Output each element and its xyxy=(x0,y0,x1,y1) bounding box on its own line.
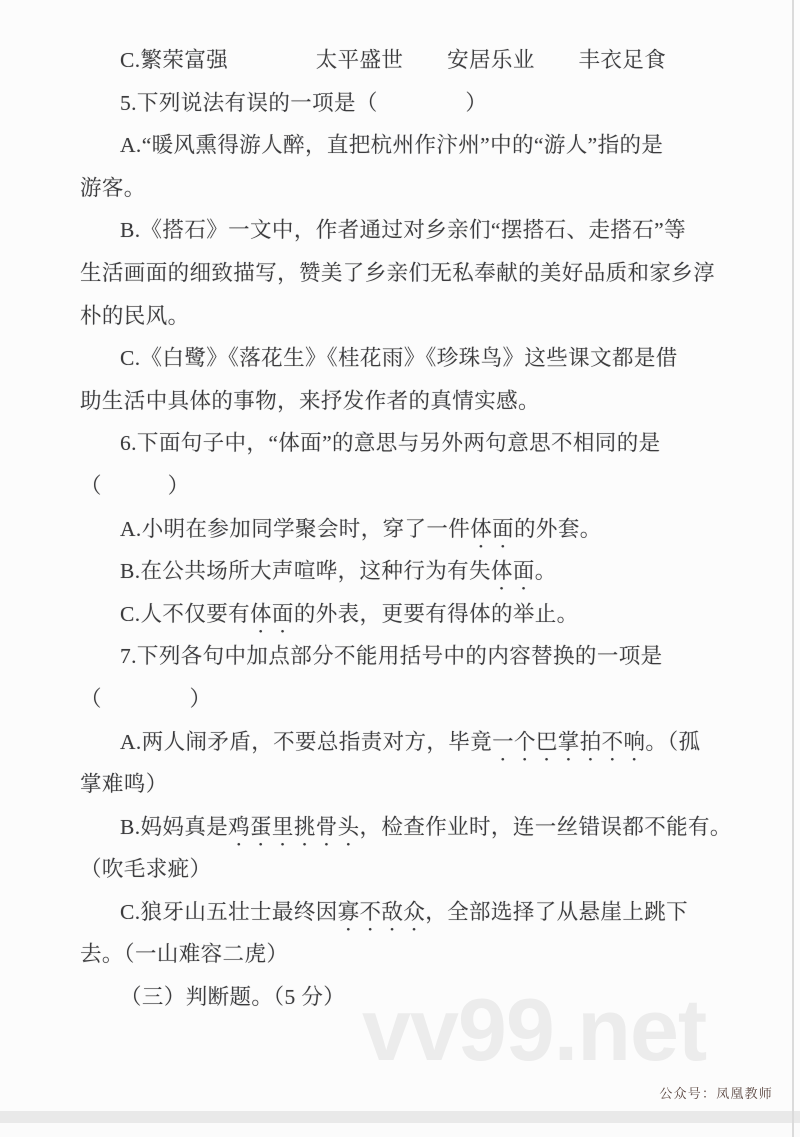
text-segment: 去。（一山难容二虎） xyxy=(80,942,288,966)
text-segment: C.狼牙山五壮士最终因 xyxy=(120,900,338,924)
page-gap-band xyxy=(0,1111,800,1123)
emphasized-text: 鸡蛋里挑骨头 xyxy=(228,815,359,839)
emphasized-text: 寡不敌众 xyxy=(338,900,426,924)
text-line: A.小明在参加同学聚会时，穿了一件体面的外套。 xyxy=(80,508,720,551)
document-lines: C.繁荣富强 太平盛世 安居乐业 丰衣足食5.下列说法有误的一项是（ ）A.“暖… xyxy=(80,39,720,1019)
text-segment: 。 xyxy=(535,559,557,583)
text-segment: A.两人闹矛盾，不要总指责对方，毕竟 xyxy=(120,730,492,754)
text-segment: （ ） xyxy=(80,687,211,711)
text-line: （三）判断题。（5 分） xyxy=(80,976,720,1019)
text-segment: 6.下面句子中，“体面”的意思与另外两句意思不相同的是 xyxy=(120,431,661,455)
text-segment: A.小明在参加同学聚会时，穿了一件 xyxy=(120,517,470,541)
text-segment: （吹毛求疵） xyxy=(80,857,211,881)
text-segment: B.《搭石》一文中，作者通过对乡亲们“摆搭石、走搭石”等 xyxy=(120,218,686,242)
text-segment: 生活画面的细致描写，赞美了乡亲们无私奉献的美好品质和家乡淳 xyxy=(80,261,715,285)
text-line: 游客。 xyxy=(80,167,720,210)
scanned-exam-page: vv99.net C.繁荣富强 太平盛世 安居乐业 丰衣足食5.下列说法有误的一… xyxy=(0,0,800,1137)
text-segment: （三）判断题。（5 分） xyxy=(120,985,345,1009)
text-segment: B.在公共场所大声喧哗，这种行为有失 xyxy=(120,559,491,583)
wechat-account-label: 公众号：凤凰教师 xyxy=(659,1083,773,1102)
text-segment: C.繁荣富强 太平盛世 安居乐业 丰衣足食 xyxy=(120,48,666,72)
text-line: A.两人闹矛盾，不要总指责对方，毕竟一个巴掌拍不响。（孤 xyxy=(80,721,720,764)
text-line: B.《搭石》一文中，作者通过对乡亲们“摆搭石、走搭石”等 xyxy=(80,209,720,252)
text-segment: 的外套。 xyxy=(514,517,602,541)
scan-page-edge-line xyxy=(792,0,794,1137)
next-page-edge xyxy=(0,1123,800,1137)
text-segment: 朴的民风。 xyxy=(80,304,190,328)
emphasized-text: 体面 xyxy=(250,602,294,626)
text-segment: （ ） xyxy=(80,474,190,498)
text-segment: ，检查作业时，连一丝错误都不能有。 xyxy=(360,815,732,839)
text-line: 7.下列各句中加点部分不能用括号中的内容替换的一项是 xyxy=(80,635,720,678)
emphasized-text: 体面 xyxy=(470,517,514,541)
text-line: A.“暖风熏得游人醉，直把杭州作汴州”中的“游人”指的是 xyxy=(80,124,720,167)
text-line: （ ） xyxy=(80,678,720,721)
text-segment: 的外表，更要有得体的举止。 xyxy=(294,602,579,626)
text-segment: 游客。 xyxy=(80,176,146,200)
text-segment: 掌难鸣） xyxy=(80,772,168,796)
text-line: 生活画面的细致描写，赞美了乡亲们无私奉献的美好品质和家乡淳 xyxy=(80,252,720,295)
text-segment: 。（孤 xyxy=(645,730,700,754)
text-segment: 7.下列各句中加点部分不能用括号中的内容替换的一项是 xyxy=(120,644,663,668)
text-line: B.在公共场所大声喧哗，这种行为有失体面。 xyxy=(80,550,720,593)
text-segment: A.“暖风熏得游人醉，直把杭州作汴州”中的“游人”指的是 xyxy=(120,133,663,157)
emphasized-text: 一个巴掌拍不响 xyxy=(492,730,645,754)
emphasized-text: 体面 xyxy=(491,559,535,583)
text-line: C.狼牙山五壮士最终因寡不敌众，全部选择了从悬崖上跳下 xyxy=(80,891,720,934)
text-line: C.人不仅要有体面的外表，更要有得体的举止。 xyxy=(80,593,720,636)
text-segment: C.《白鹭》《落花生》《桂花雨》《珍珠鸟》这些课文都是借 xyxy=(120,346,678,370)
text-line: 6.下面句子中，“体面”的意思与另外两句意思不相同的是 xyxy=(80,422,720,465)
text-segment: C.人不仅要有 xyxy=(120,602,250,626)
text-line: 掌难鸣） xyxy=(80,763,720,806)
text-line: 5.下列说法有误的一项是（ ） xyxy=(80,82,720,125)
text-segment: 助生活中具体的事物，来抒发作者的真情实感。 xyxy=(80,389,540,413)
text-segment: 5.下列说法有误的一项是（ ） xyxy=(120,91,487,115)
text-line: （ ） xyxy=(80,465,720,508)
text-line: 助生活中具体的事物，来抒发作者的真情实感。 xyxy=(80,380,720,423)
text-segment: B.妈妈真是 xyxy=(120,815,228,839)
text-segment: ，全部选择了从悬崖上跳下 xyxy=(425,900,688,924)
scan-right-margin xyxy=(794,0,800,1137)
text-line: 去。（一山难容二虎） xyxy=(80,933,720,976)
text-line: B.妈妈真是鸡蛋里挑骨头，检查作业时，连一丝错误都不能有。 xyxy=(80,806,720,849)
text-line: C.《白鹭》《落花生》《桂花雨》《珍珠鸟》这些课文都是借 xyxy=(80,337,720,380)
text-line: 朴的民风。 xyxy=(80,295,720,338)
text-line: C.繁荣富强 太平盛世 安居乐业 丰衣足食 xyxy=(80,39,720,82)
text-line: （吹毛求疵） xyxy=(80,848,720,891)
